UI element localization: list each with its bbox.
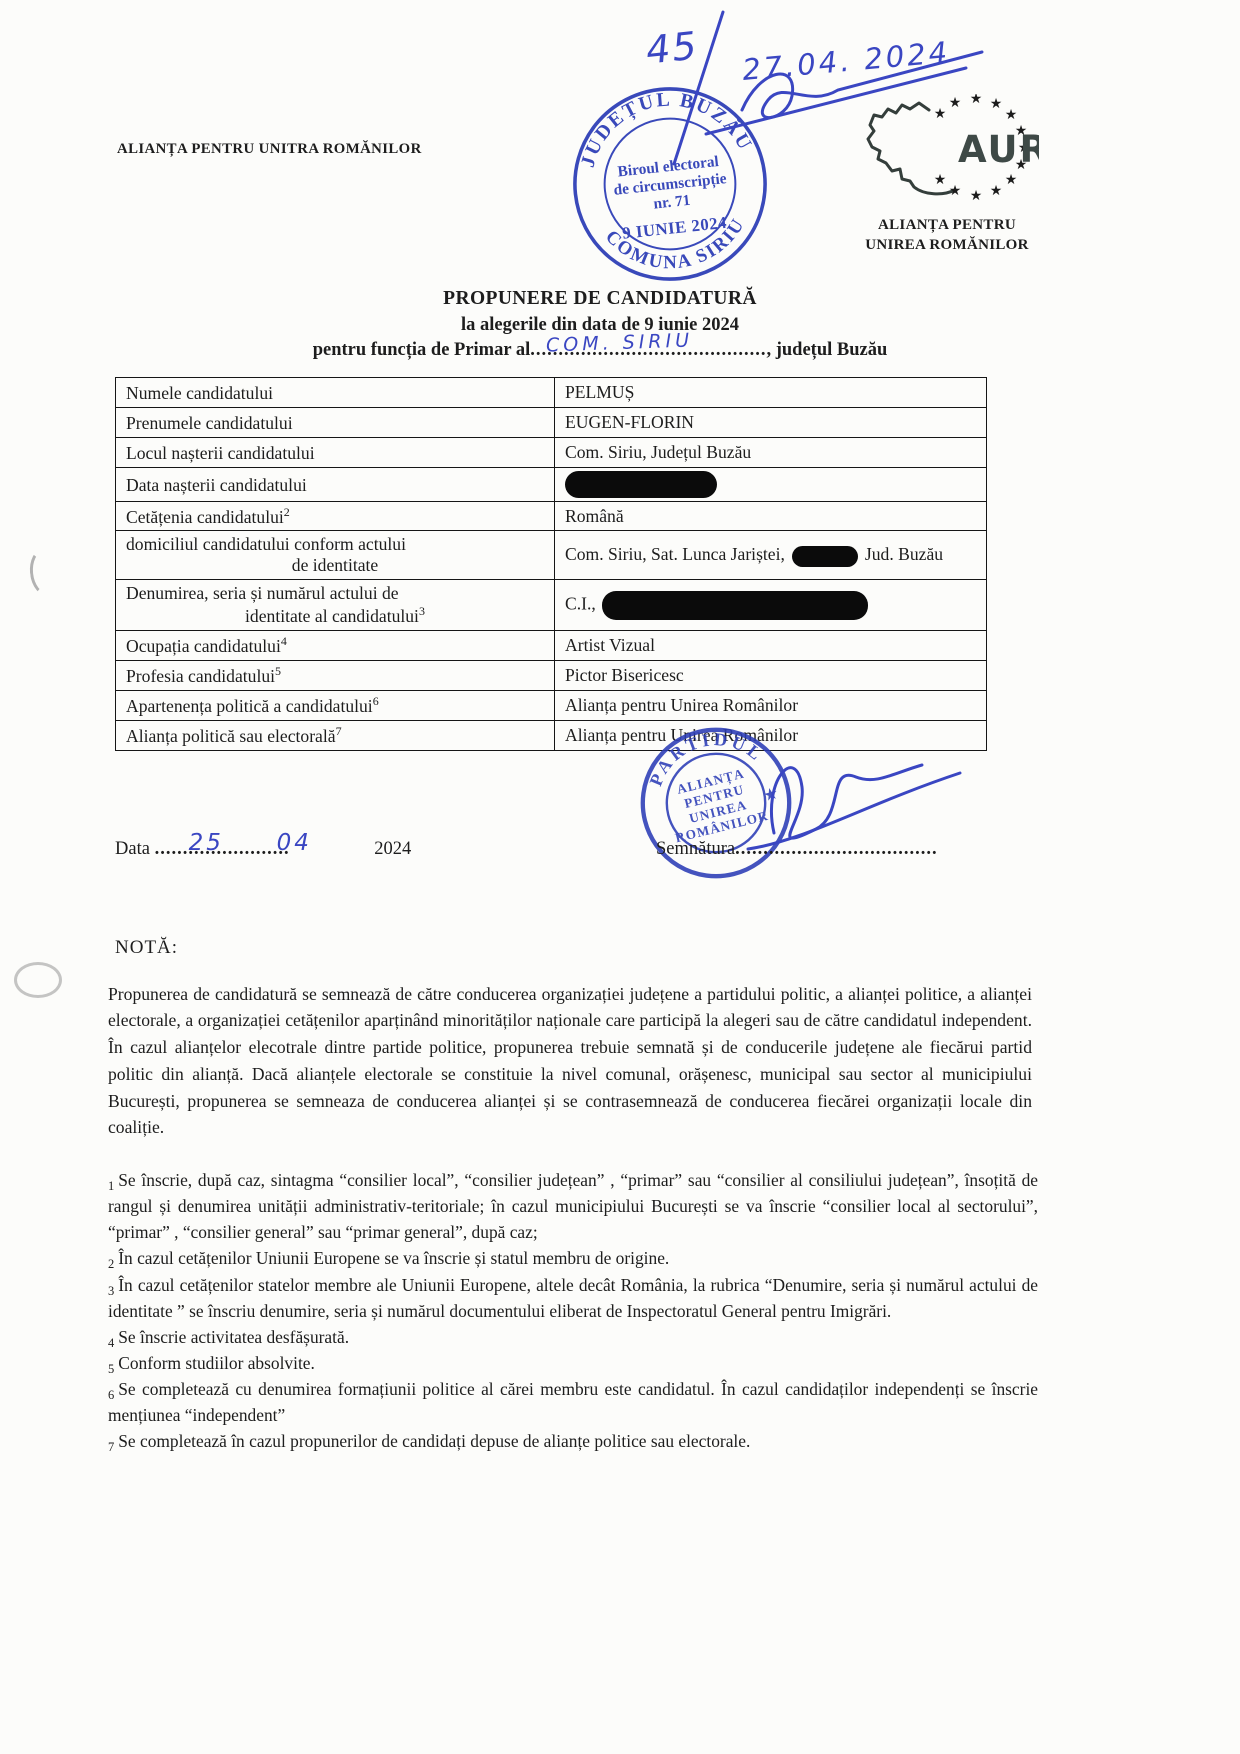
footnote-2: 2În cazul cetățenilor Uniunii Europene s…: [108, 1245, 1038, 1271]
footnote-6: 6Se completează cu denumirea formațiunii…: [108, 1376, 1038, 1428]
row-label: Numele candidatului: [126, 383, 273, 403]
row-value: PELMUȘ: [565, 382, 634, 402]
table-row-occupation: Ocupația candidatului4 Artist Vizual: [116, 631, 987, 661]
row-label: Locul nașterii candidatului: [126, 443, 315, 463]
document-title: PROPUNERE DE CANDIDATURĂ la alegerile di…: [140, 288, 1060, 361]
date-line: Data ........................2504 2024: [115, 839, 411, 860]
handwritten-month: 04: [277, 830, 312, 856]
scan-artifact-ring: [14, 962, 62, 998]
row-value: Română: [565, 506, 624, 526]
row-value: Artist Vizual: [565, 635, 655, 655]
footnote-4: 4Se înscrie activitatea desfășurată.: [108, 1324, 1038, 1350]
row-label: Profesia candidatului: [126, 666, 275, 686]
row-label: Alianța politică sau electorală: [126, 726, 336, 746]
table-row-political-affiliation: Apartenența politică a candidatului6 Ali…: [116, 691, 987, 721]
svg-text:★: ★: [934, 173, 947, 188]
aur-logo-block: ★ ★ ★ ★ ★ ★ ★ ★ ★ ★ ★ ★ ★ AUR ALIANȚA PE…: [854, 94, 1040, 255]
row-value: Pictor Bisericesc: [565, 665, 684, 685]
handwritten-signature: [742, 733, 982, 883]
aur-caption-line2: UNIREA ROMĂNILOR: [854, 235, 1040, 255]
title-line3-prefix: pentru funcția de Primar al: [313, 340, 531, 360]
footnote-1: 1Se înscrie, după caz, sintagma “consili…: [108, 1167, 1038, 1245]
table-row-id-document: Denumirea, seria și numărul actului de i…: [116, 580, 987, 631]
handwritten-day: 25: [189, 830, 224, 856]
footnote-7: 7Se completează în cazul propunerilor de…: [108, 1428, 1038, 1454]
note-body: Propunerea de candidatură se semnează de…: [108, 981, 1032, 1141]
date-signature-block: Data ........................2504 2024 P…: [0, 751, 1240, 909]
title-line3: pentru funcția de Primar al.............…: [140, 340, 1060, 361]
svg-text:★: ★: [949, 184, 962, 199]
row-label: domiciliul candidatului conform actului: [126, 534, 544, 555]
svg-text:★: ★: [990, 97, 1003, 112]
row-value: Com. Siriu, Sat. Lunca Jariștei,: [565, 544, 785, 564]
svg-text:★: ★: [970, 189, 983, 204]
note-heading: NOTĂ:: [115, 937, 1240, 959]
svg-text:★: ★: [949, 96, 962, 111]
row-label: Apartenența politică a candidatului: [126, 696, 373, 716]
row-value: Com. Siriu, Județul Buzău: [565, 442, 751, 462]
table-row-name: Numele candidatului PELMUȘ: [116, 378, 987, 408]
svg-text:★: ★: [990, 184, 1003, 199]
svg-text:★: ★: [1005, 173, 1018, 188]
candidate-table: Numele candidatului PELMUȘ Prenumele can…: [115, 377, 987, 751]
table-row-domicile: domiciliul candidatului conform actului …: [116, 531, 987, 580]
svg-text:★: ★: [1005, 108, 1018, 123]
row-label: Prenumele candidatului: [126, 413, 293, 433]
row-label: Data nașterii candidatului: [126, 475, 307, 495]
table-row-firstname: Prenumele candidatului EUGEN-FLORIN: [116, 407, 987, 437]
aur-acronym: AUR: [958, 128, 1039, 171]
table-row-citizenship: Cetățenia candidatului2 Română: [116, 501, 987, 531]
row-value: EUGEN-FLORIN: [565, 412, 694, 432]
row-value: C.I.,: [565, 593, 596, 613]
date-label: Data: [115, 839, 150, 859]
party-name-header: ALIANȚA PENTRU UNITRA ROMĂNILOR: [117, 141, 422, 158]
row-label: Cetățenia candidatului: [126, 506, 284, 526]
row-label: Denumirea, seria și numărul actului de: [126, 583, 544, 604]
redaction-bar: [792, 546, 858, 567]
redaction-bar: [602, 591, 868, 620]
redaction-bar: [565, 471, 717, 498]
document-page: ALIANȚA PENTRU UNITRA ROMĂNILOR JUDEȚUL …: [0, 0, 1240, 1754]
date-year: 2024: [374, 839, 411, 859]
table-row-birthdate: Data nașterii candidatului: [116, 467, 987, 501]
footnotes: 1Se înscrie, după caz, sintagma “consili…: [108, 1167, 1038, 1454]
table-row-profession: Profesia candidatului5 Pictor Bisericesc: [116, 661, 987, 691]
footnote-5: 5Conform studiilor absolvite.: [108, 1350, 1038, 1376]
title-line3-suffix: , județul Buzău: [766, 340, 887, 360]
footnote-3: 3În cazul cetățenilor statelor membre al…: [108, 1272, 1038, 1324]
svg-text:★: ★: [934, 107, 947, 122]
stamp-line3: nr. 71: [653, 192, 692, 213]
signature-label: Semnătura: [656, 839, 735, 859]
row-label: Ocupația candidatului: [126, 636, 281, 656]
svg-text:★: ★: [970, 94, 983, 107]
table-row-birthplace: Locul nașterii candidatului Com. Siriu, …: [116, 437, 987, 467]
aur-caption-line1: ALIANȚA PENTRU: [854, 215, 1040, 235]
aur-logo: ★ ★ ★ ★ ★ ★ ★ ★ ★ ★ ★ ★ ★ AUR: [855, 94, 1039, 208]
